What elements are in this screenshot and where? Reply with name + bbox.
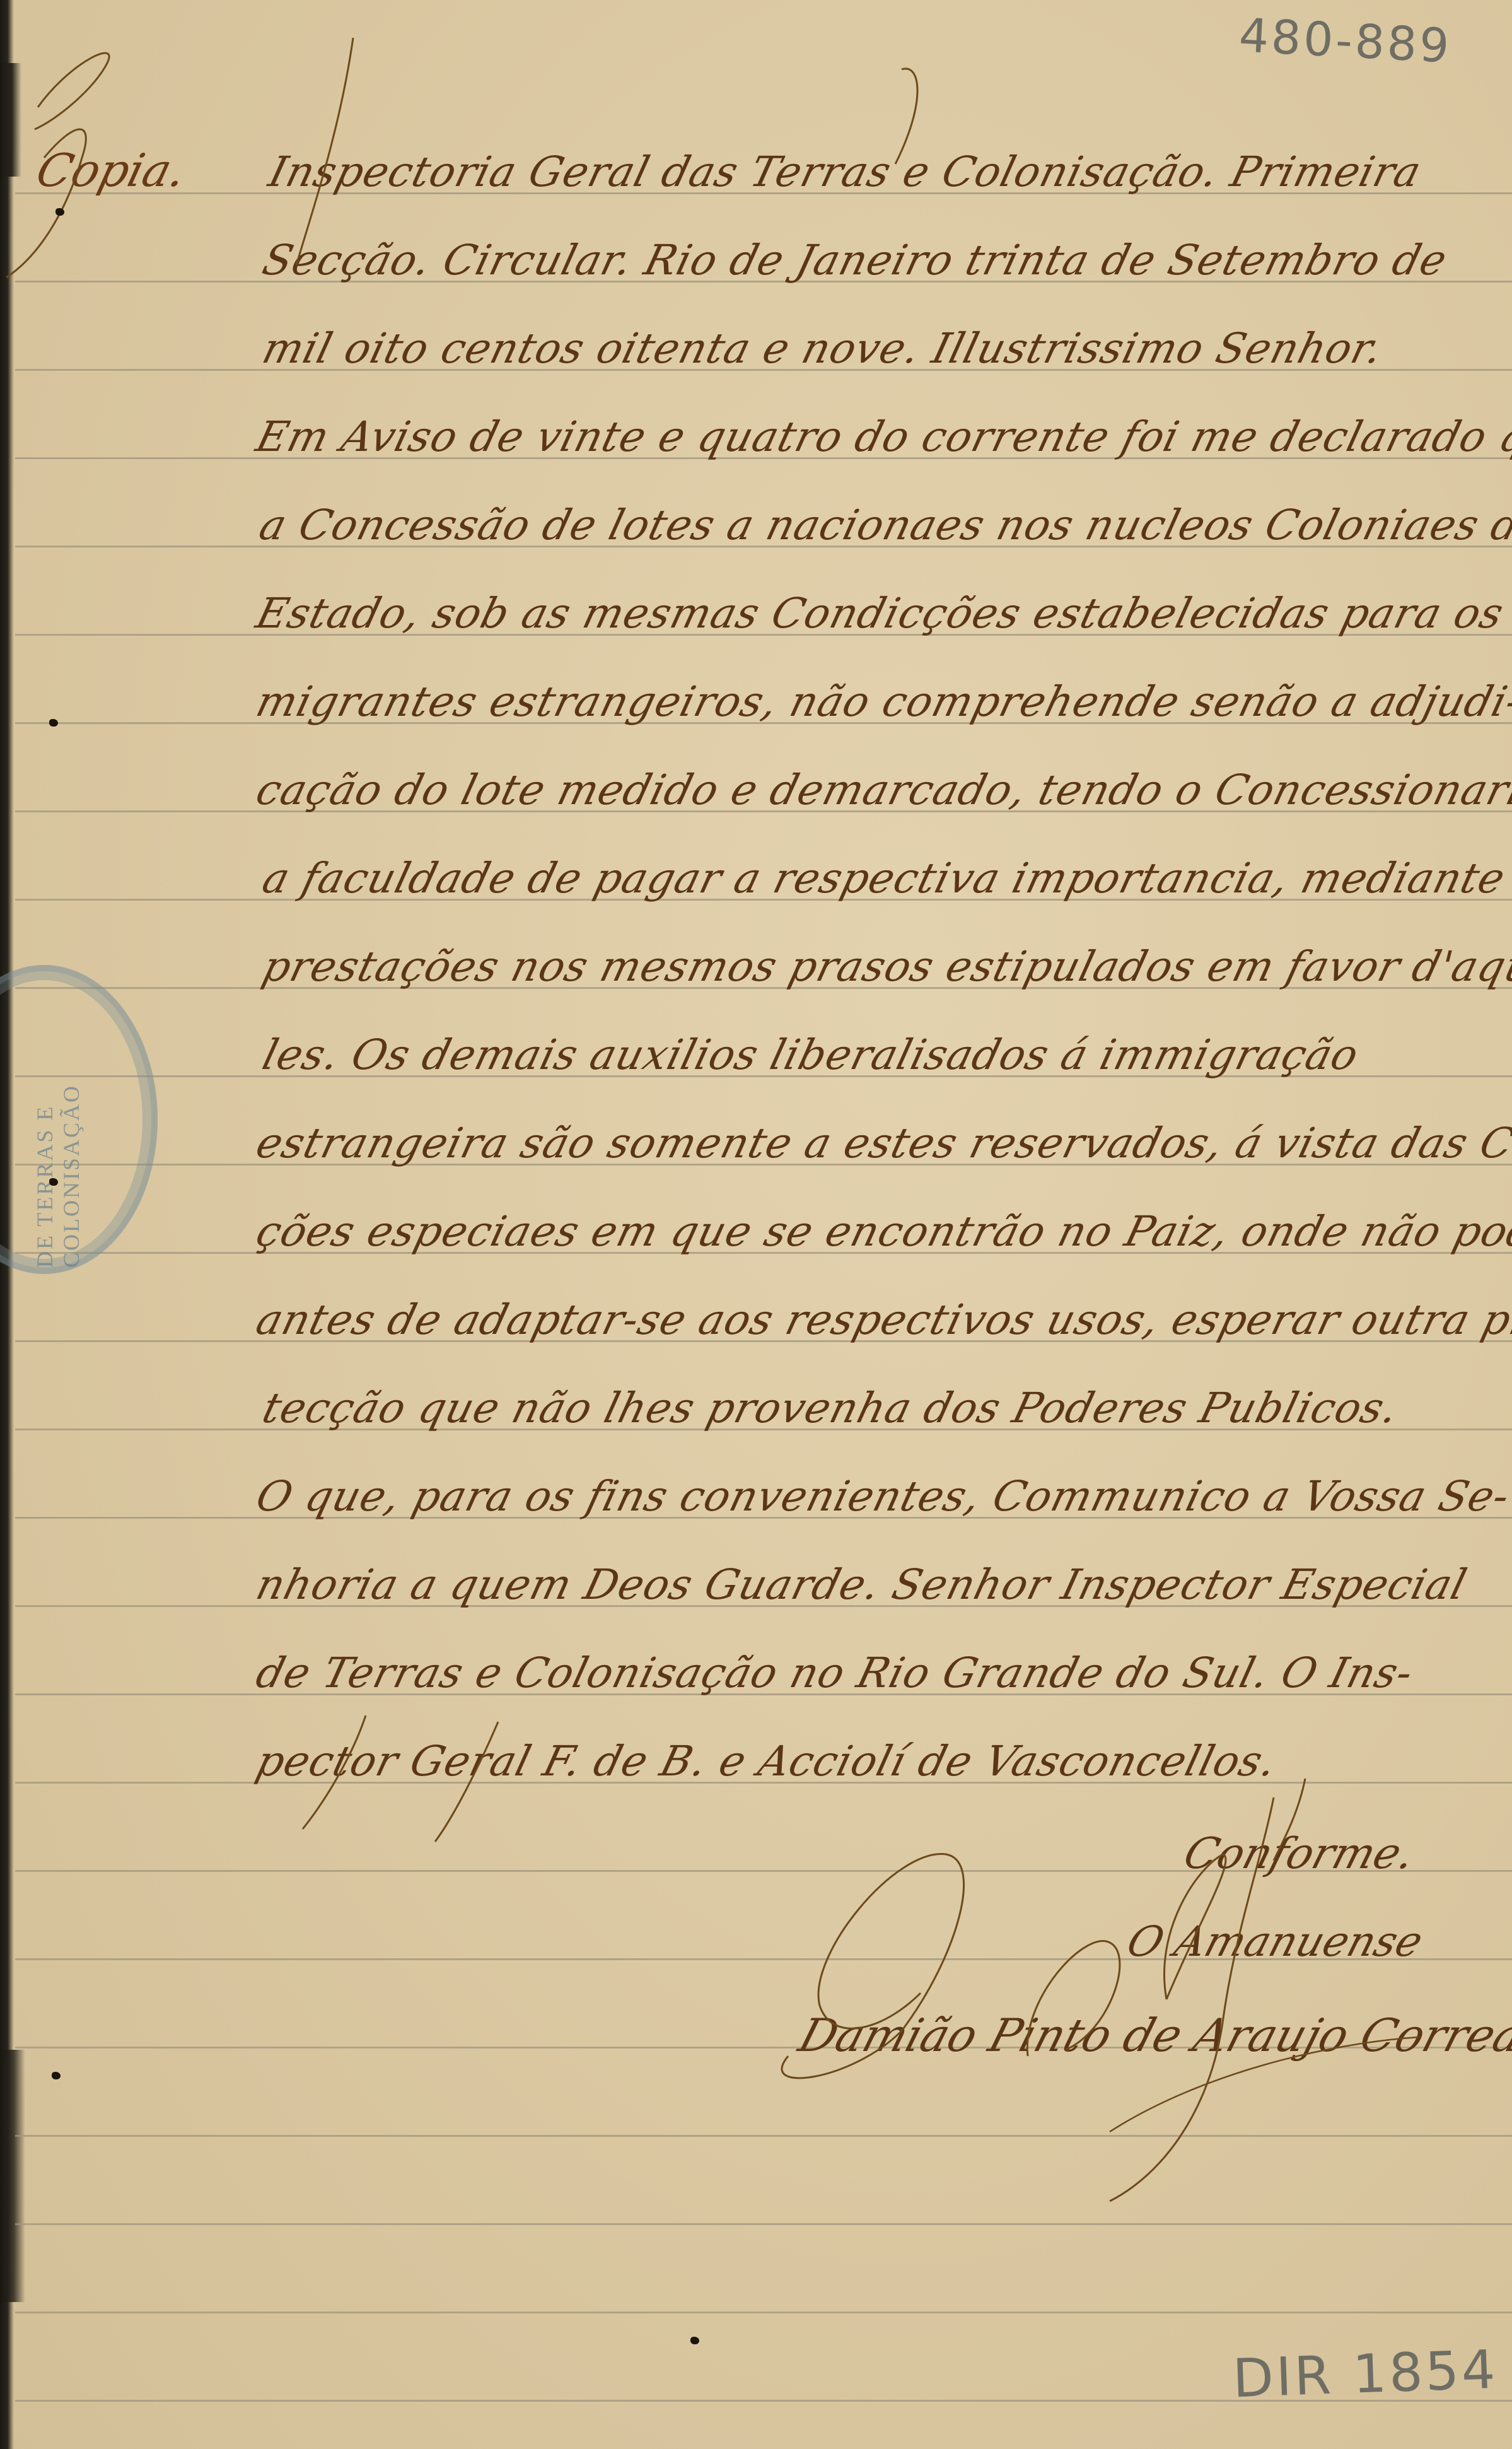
body-line: tecção que não lhes provenha dos Poderes… [259, 1388, 1402, 1429]
body-line: prestações nos mesmos prasos estipulados… [259, 946, 1512, 988]
body-line: estrangeira são somente a estes reservad… [252, 1123, 1512, 1164]
body-line: Estado, sob as mesmas Condicções estabel… [252, 593, 1512, 634]
signature: Damião Pinto de Araujo Correa. [793, 2009, 1512, 2062]
punch-hole [49, 1178, 58, 1186]
body-line: O que, para os fins convenientes, Commun… [252, 1476, 1512, 1517]
ruled-line [15, 2223, 1512, 2225]
torn-left-edge-bottom [0, 2050, 25, 2302]
body-line: Secção. Circular. Rio de Janeiro trinta … [259, 240, 1451, 281]
body-line: cação do lote medido e demarcado, tendo … [252, 769, 1512, 811]
body-line: les. Os demais auxilios liberalisados á … [259, 1034, 1363, 1076]
body-line: a faculdade de pagar a respectiva import… [259, 858, 1509, 899]
punch-hole [52, 2072, 61, 2079]
ruled-line [15, 2135, 1512, 2137]
ruled-line [15, 2312, 1512, 2313]
punch-hole [690, 2337, 699, 2344]
body-line: mil oito centos oitenta e nove. Illustri… [259, 328, 1387, 370]
conforme-text: Conforme. [1178, 1829, 1421, 1879]
punch-hole [55, 208, 64, 216]
signatory-title: O Amanuense [1122, 1917, 1428, 1966]
document-page: 480-889 DIR 1854 Copia. INSPECTORIA ESPE… [0, 0, 1512, 2449]
body-line: ções especiaes em que se encontrão no Pa… [252, 1211, 1512, 1253]
margin-label-copia: Copia. [32, 144, 192, 197]
body-line: nhoria a quem Deos Guarde. Senhor Inspec… [252, 1564, 1471, 1606]
body-line: Em Aviso de vinte e quatro do corrente f… [252, 416, 1512, 458]
body-line: Inspectoria Geral das Terras e Colonisaç… [265, 151, 1425, 193]
official-stamp: INSPECTORIA ESPECIAL DE TERRAS E COLONIS… [0, 965, 158, 1274]
body-line: pector Geral F. de B. e Acciolí de Vasco… [252, 1741, 1281, 1782]
body-line: migrantes estrangeiros, não comprehende … [252, 681, 1512, 723]
torn-left-edge-top [0, 63, 21, 177]
body-line: a Concessão de lotes a nacionaes nos nuc… [255, 505, 1512, 546]
body-line: antes de adaptar-se aos respectivos usos… [252, 1299, 1512, 1341]
archive-number-pencil: 480-889 [1238, 8, 1453, 74]
punch-hole [49, 719, 58, 727]
stamp-inner-text: DE TERRAS E COLONISAÇÃO [32, 1003, 84, 1268]
archive-code-pencil: DIR 1854 [1231, 2339, 1498, 2410]
body-line: de Terras e Colonisação no Rio Grande do… [252, 1652, 1417, 1694]
